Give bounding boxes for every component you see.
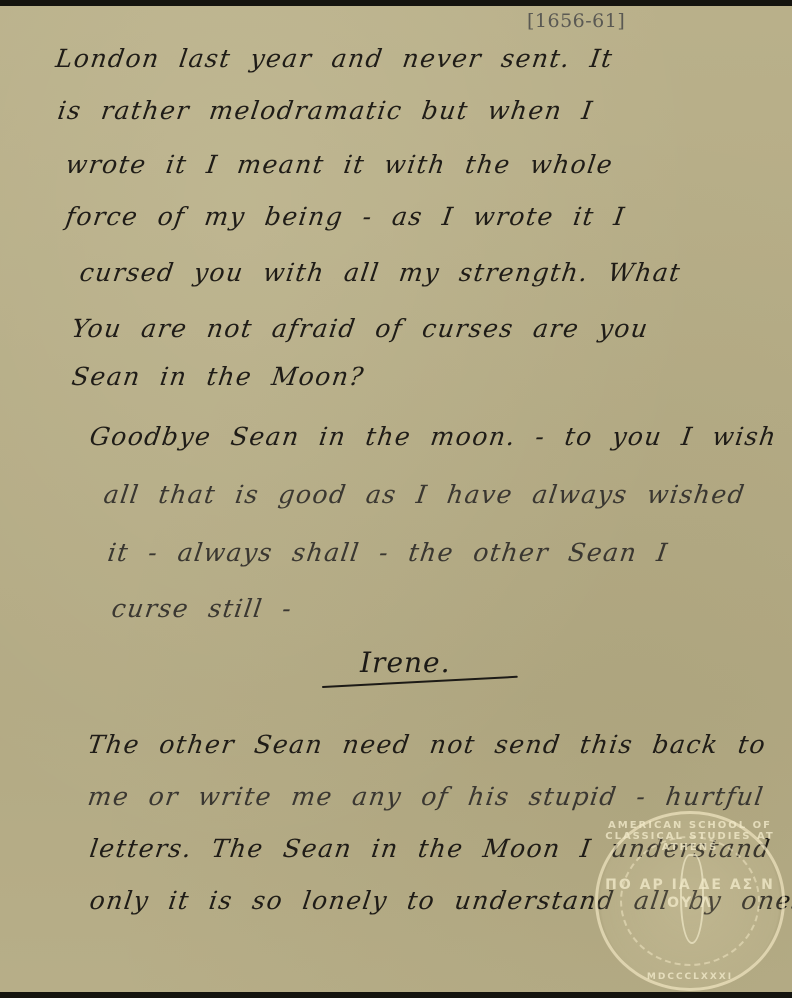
letter-line-3: wrote it I meant it with the whole <box>64 150 615 179</box>
seal-top-text: AMERICAN SCHOOL OF CLASSICAL STUDIES AT … <box>598 820 782 853</box>
letter-line-9: all that is good as I have always wished <box>102 480 747 509</box>
letter-line-12: The other Sean need not send this back t… <box>86 730 768 759</box>
letter-line-6: You are not afraid of curses are you <box>70 314 651 343</box>
letter-line-5: cursed you with all my strength. What <box>78 258 683 287</box>
letter-line-7: Sean in the Moon? <box>70 362 367 391</box>
signature: Irene. <box>360 646 451 679</box>
letter-line-13: me or write me any of his stupid - hurtf… <box>86 782 766 811</box>
letter-line-1: London last year and never sent. It <box>54 44 615 73</box>
embossed-seal: AMERICAN SCHOOL OF CLASSICAL STUDIES AT … <box>595 811 785 991</box>
seal-center-text: ΠΟ ΑΡ ΙΑ ΔΕ ΑΣ Ν ΟΥ Λ <box>598 876 782 912</box>
letter-line-11: curse still - <box>110 594 294 623</box>
letter-line-2: is rather melodramatic but when I <box>56 96 595 125</box>
seal-bottom-text: MDCCCLXXXI <box>598 972 782 982</box>
letter-page: [1656-61] London last year and never sen… <box>0 6 792 992</box>
letter-line-8: Goodbye Sean in the moon. - to you I wis… <box>88 422 779 451</box>
letter-line-10: it - always shall - the other Sean I <box>106 538 670 567</box>
letter-line-4: force of my being - as I wrote it I <box>64 202 627 231</box>
scan-bottom-border <box>0 992 792 998</box>
archive-reference: [1656-61] <box>527 10 625 32</box>
